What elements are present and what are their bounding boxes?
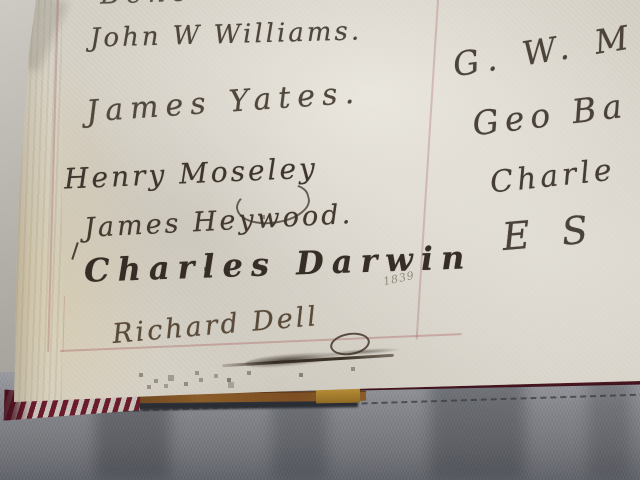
cloth-fold-shadow <box>588 372 630 480</box>
signature-john-w-williams: John W Williams. <box>90 18 363 51</box>
signature-james-yates: James Yates. <box>85 78 362 127</box>
signature-partial-top: Bene <box>100 0 194 9</box>
signature-geo-ba-cutoff: Geo Ba <box>471 89 630 141</box>
ruled-column-divider <box>416 0 439 339</box>
signature-es-cutoff: E S <box>501 210 600 256</box>
photo-of-signature-page: Bene John W Williams. James Yates. Henry… <box>0 0 640 480</box>
pen-mark <box>71 242 78 260</box>
signature-james-heywood: James Heywood. <box>83 201 353 242</box>
signature-charles-cutoff: Charle <box>489 156 617 199</box>
ruled-margin-line-left-double <box>62 296 65 352</box>
signature-gwm-cutoff: G. W. M <box>451 20 639 82</box>
